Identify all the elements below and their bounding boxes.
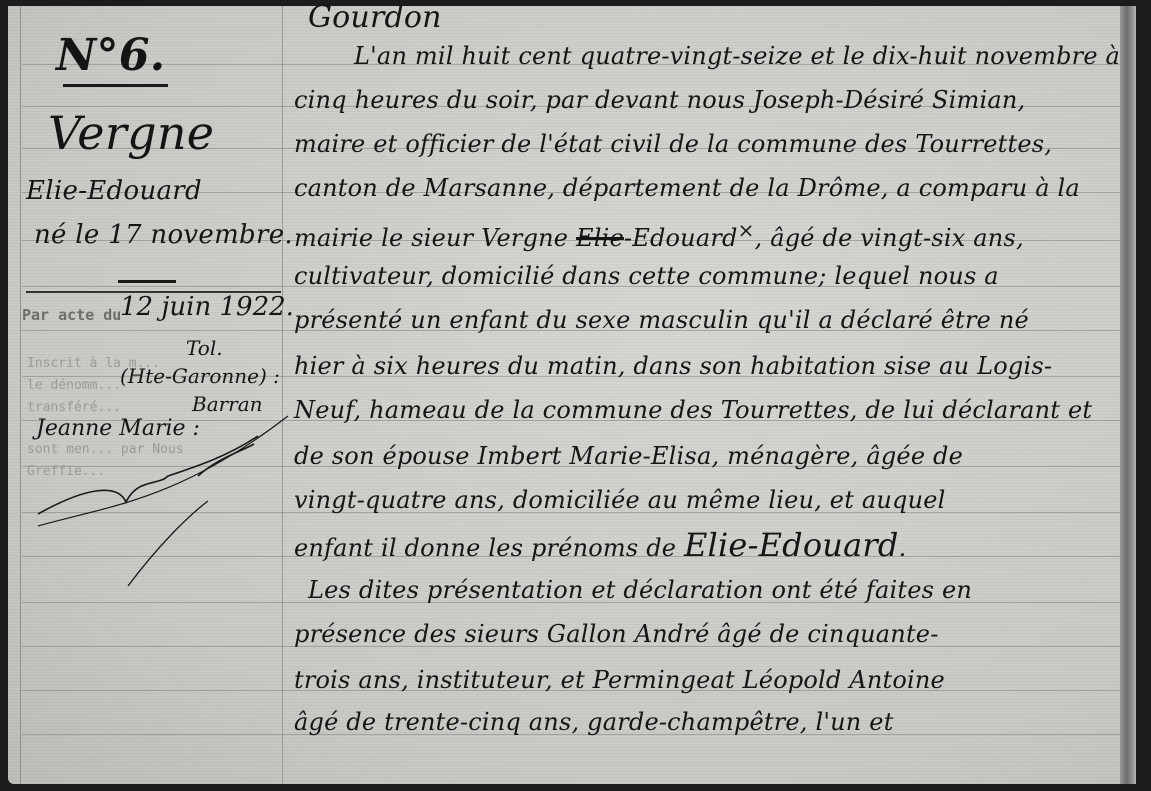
body-line-12: enfant il donne les prénoms de Elie-Edou…	[294, 526, 906, 564]
body-line-9: Neuf, hameau de la commune des Tourrette…	[294, 396, 1092, 424]
book-spine-edge	[1120, 6, 1136, 784]
entry-number: N°6.	[56, 30, 165, 81]
annotation-printed-line: Greffie...	[27, 464, 105, 479]
annotation-handwritten-place: Tol.	[186, 336, 223, 360]
margin-given-names: Elie-Edouard	[26, 176, 202, 206]
body-line-15: trois ans, instituteur, et Permingeat Lé…	[294, 666, 945, 694]
body-line-14: présence des sieurs Gallon André âgé de …	[294, 620, 939, 648]
annotation-printed-line: le dénomm...	[27, 378, 121, 393]
body-line-16: âgé de trente-cinq ans, garde-champêtre,…	[294, 708, 894, 736]
body-line-12-end: .	[899, 534, 907, 562]
body-line-5-text: mairie le sieur Vergne	[294, 224, 576, 252]
body-line-11: vingt-quatre ans, domiciliée au même lie…	[294, 486, 946, 514]
body-line-5: mairie le sieur Vergne Elie-Edouard×, âg…	[294, 218, 1024, 252]
annotation-handwritten-department: (Hte-Garonne) :	[120, 364, 280, 388]
annotation-printed-line: sont men... par Nous	[27, 442, 184, 457]
child-given-names: Elie-Edouard	[684, 526, 899, 564]
body-line-1: L'an mil huit cent quatre-vingt-seize et…	[354, 42, 1120, 70]
annotation-date: 12 juin 1922.	[120, 292, 294, 322]
body-line-3: maire et officier de l'état civil de la …	[294, 130, 1052, 158]
body-line-2: cinq heures du soir, par devant nous Jos…	[294, 86, 1025, 114]
body-line-8: hier à six heures du matin, dans son hab…	[294, 352, 1052, 380]
body-line-4: canton de Marsanne, département de la Dr…	[294, 174, 1080, 202]
body-line-6: cultivateur, domicilié dans cette commun…	[294, 262, 999, 290]
annotation-printed-line: transféré...	[27, 400, 121, 415]
annotation-printed-prefix: Par acte du	[22, 306, 121, 324]
margin-separator-short	[118, 280, 176, 283]
annotation-handwritten-given-names: Jeanne Marie :	[36, 416, 200, 441]
correction-mark-icon: ×	[738, 218, 755, 242]
outer-margin-rule	[20, 6, 21, 784]
body-line-5-rest: , âgé de vingt-six ans,	[755, 224, 1024, 252]
body-line-7: présenté un enfant du sexe masculin qu'i…	[294, 306, 1029, 334]
body-line-13: Les dites présentation et déclaration on…	[308, 576, 972, 604]
annotation-handwritten-surname: Barran	[192, 392, 263, 416]
register-page: N°6. Vergne Elie-Edouard né le 17 novemb…	[8, 6, 1136, 784]
margin-column-rule	[282, 6, 283, 784]
body-top-fragment: Gourdon	[308, 0, 442, 35]
body-line-5-given: -Edouard	[624, 224, 738, 252]
margin-surname: Vergne	[48, 106, 214, 160]
body-line-12-text: enfant il donne les prénoms de	[294, 534, 684, 562]
body-line-10: de son épouse Imbert Marie-Elisa, ménagè…	[294, 442, 963, 470]
entry-number-underline	[63, 84, 168, 87]
struck-out-name: Elie	[576, 224, 624, 252]
margin-birth-date: né le 17 novembre.	[34, 220, 293, 250]
